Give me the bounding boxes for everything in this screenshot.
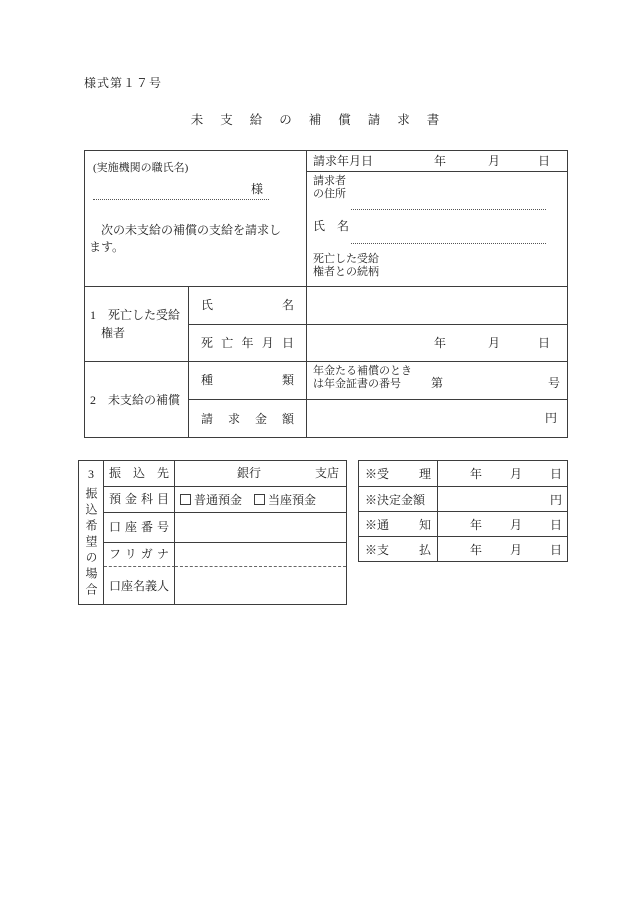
yen-unit: 円: [550, 491, 562, 508]
amount-label-cell: 請求金額: [189, 400, 307, 437]
statement-line2: ます。: [89, 238, 124, 255]
form-number: 様式第１７号: [84, 74, 162, 91]
payment-label-cell: ※支 払: [359, 537, 438, 561]
branch-unit-label: 支店: [315, 461, 339, 486]
kind-label-cell: 種類: [189, 362, 307, 400]
holder-value-cell: [175, 567, 346, 604]
account-number-value-cell: [175, 513, 346, 543]
day-unit: 日: [550, 541, 562, 558]
death-date-label: 死亡年月日: [189, 325, 306, 361]
day-unit: 日: [538, 151, 550, 171]
notice-label-right: 知: [419, 516, 431, 533]
notice-label-left: ※通: [365, 516, 389, 533]
furigana-label-cell: フリガナ: [104, 543, 175, 567]
claim-date-cell: 請求年月日 年 月 日: [307, 151, 567, 172]
address-dotted-line: [351, 209, 546, 210]
account-type-label-cell: 預金科目: [104, 487, 175, 513]
payment-label-right: 払: [419, 541, 431, 558]
year-unit: 年: [470, 516, 482, 533]
acceptance-date-cell: 年 月 日: [438, 461, 567, 487]
claimant-address-label-line2: の住所: [313, 188, 346, 201]
decided-amount-label-cell: ※決定金額: [359, 487, 438, 512]
notice-date-cell: 年 月 日: [438, 512, 567, 537]
checkbox-ordinary-deposit-icon: [180, 494, 191, 505]
section1-label-line1: 1 死亡した受給: [85, 306, 188, 324]
section1-label-line2: 権者: [85, 324, 188, 342]
month-unit: 月: [510, 541, 522, 558]
section3-side-label: 振込希望の場合: [79, 487, 103, 599]
claimant-name-label: 氏 名: [313, 220, 349, 233]
main-claim-table: (実施機関の職氏名) 様 次の未支給の補償の支給を請求し ます。 請求年月日 年…: [84, 150, 568, 438]
decided-amount-label: ※決定金額: [365, 491, 425, 508]
acceptance-label-right: 理: [419, 465, 431, 482]
name-dotted-line: [351, 243, 546, 244]
section3-side-cell: 3 振込希望の場合: [79, 461, 104, 604]
month-unit: 月: [488, 325, 500, 361]
year-unit: 年: [470, 541, 482, 558]
honorific-label: 様: [251, 180, 263, 197]
section2-label: 2 未支給の補償: [85, 391, 188, 409]
day-unit: 日: [550, 516, 562, 533]
acceptance-label-cell: ※受 理: [359, 461, 438, 487]
section1-header-cell: 1 死亡した受給 権者: [85, 287, 189, 362]
bank-label: 振込先: [104, 461, 174, 486]
section2-header-cell: 2 未支給の補償: [85, 362, 189, 437]
year-unit: 年: [434, 151, 446, 171]
amount-label: 請求金額: [189, 400, 306, 438]
recipient-cell: (実施機関の職氏名) 様 次の未支給の補償の支給を請求し ます。: [85, 151, 307, 287]
form-page: 様式第１７号 未支給の補償請求書 (実施機関の職氏名) 様 次の未支給の補償の支…: [0, 0, 630, 903]
deceased-name-label: 氏名: [189, 287, 306, 324]
payment-label-left: ※支: [365, 541, 389, 558]
deceased-name-label-cell: 氏名: [189, 287, 307, 325]
death-date-label-cell: 死亡年月日: [189, 325, 307, 362]
office-use-table: ※受 理 年 月 日 ※決定金額 円 ※通 知 年 月 日 ※支 払 年: [358, 460, 568, 562]
furigana-label: フリガナ: [104, 543, 174, 566]
transfer-table: 3 振込希望の場合 振込先 銀行 支店 預金科目 普通預金 当座預金 口座番号: [78, 460, 347, 605]
month-unit: 月: [510, 516, 522, 533]
current-deposit-option: 当座預金: [254, 491, 316, 508]
month-unit: 月: [488, 151, 500, 171]
bank-value-cell: 銀行 支店: [175, 461, 346, 487]
payment-date-cell: 年 月 日: [438, 537, 567, 561]
relation-label-line1: 死亡した受給: [313, 253, 379, 266]
agency-name-dotted-line: [93, 199, 269, 200]
claim-date-label: 請求年月日: [313, 151, 373, 171]
form-title: 未支給の補償請求書: [0, 110, 630, 128]
death-date-value-cell: 年 月 日: [307, 325, 567, 362]
current-deposit-label: 当座預金: [268, 491, 316, 508]
claimant-address-label-line1: 請求者: [313, 175, 346, 188]
holder-label: 口座名義人: [104, 567, 174, 605]
day-unit: 日: [550, 465, 562, 482]
account-number-label-cell: 口座番号: [104, 513, 175, 543]
claimant-info-cell: 請求者 の住所 氏 名 死亡した受給 権者との続柄: [307, 172, 567, 287]
month-unit: 月: [510, 465, 522, 482]
account-type-label: 預金科目: [104, 487, 174, 512]
ordinary-deposit-option: 普通預金: [180, 491, 242, 508]
holder-label-cell: 口座名義人: [104, 567, 175, 604]
section3-number: 3: [88, 466, 94, 482]
bank-label-cell: 振込先: [104, 461, 175, 487]
year-unit: 年: [434, 325, 446, 361]
pension-note-line2: は年金証書の番号: [313, 378, 401, 391]
pension-note-line1: 年金たる補償のとき: [313, 365, 412, 378]
kind-label: 種類: [189, 362, 306, 399]
deceased-name-value-cell: [307, 287, 567, 325]
account-number-label: 口座番号: [104, 513, 174, 542]
acceptance-label-left: ※受: [365, 465, 389, 482]
statement-line1: 次の未支給の補償の支給を請求し: [89, 221, 281, 238]
checkbox-current-deposit-icon: [254, 494, 265, 505]
agency-name-label: (実施機関の職氏名): [93, 159, 188, 175]
cert-no-suffix: 号: [548, 377, 560, 390]
cert-no-prefix: 第: [431, 377, 443, 390]
decided-amount-value-cell: 円: [438, 487, 567, 512]
day-unit: 日: [538, 325, 550, 361]
notice-label-cell: ※通 知: [359, 512, 438, 537]
yen-unit: 円: [545, 411, 557, 425]
ordinary-deposit-label: 普通預金: [194, 491, 242, 508]
year-unit: 年: [470, 465, 482, 482]
furigana-value-cell: [175, 543, 346, 567]
amount-value-cell: 円: [307, 400, 567, 437]
kind-value-cell: 年金たる補償のとき は年金証書の番号 第 号: [307, 362, 567, 400]
bank-unit-label: 銀行: [237, 461, 261, 486]
relation-label-line2: 権者との続柄: [313, 266, 379, 279]
account-type-value-cell: 普通預金 当座預金: [175, 487, 346, 513]
